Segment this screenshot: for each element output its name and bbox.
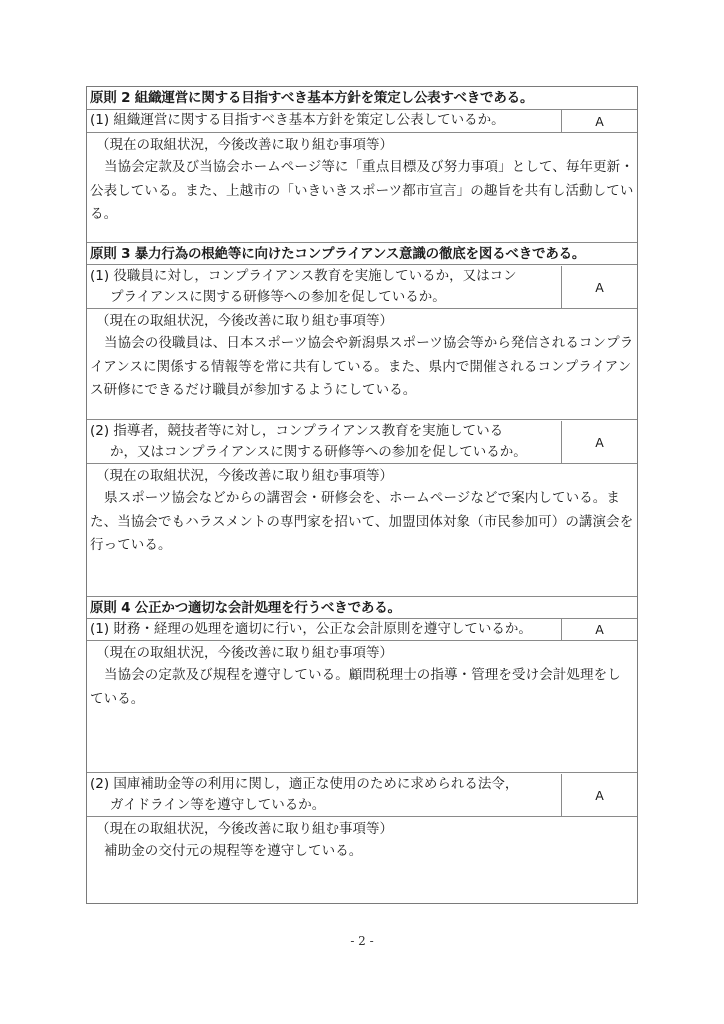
principle-2-item-1-question-row: (1) 組織運営に関する目指すべき基本方針を策定し公表しているか。 A [87, 109, 637, 132]
principle-4-item-1-question-row: (1) 財務・経理の処理を適切に行い，公正な会計原則を遵守しているか。 A [87, 618, 637, 640]
question-line-1: (1) 組織運営に関する目指すべき基本方針を策定し公表しているか。 [90, 110, 561, 131]
question-text: (2) 国庫補助金等の利用に関し，適正な使用のために求められる法令， ガイドライ… [87, 774, 562, 816]
principle-3-item-1-question-row: (1) 役職員に対し，コンプライアンス教育を実施しているか，又はコン プライアン… [87, 264, 637, 308]
status-text: 県スポーツ協会などからの講習会・研修会を、ホームページなどで案内している。また、… [90, 487, 634, 558]
principle-2-item-1-status: （現在の取組状況，今後改善に取り組む事項等） 当協会定款及び当協会ホームページ等… [87, 132, 637, 242]
principle-2-header: 原則 2 組織運営に関する目指すべき基本方針を策定し公表すべきである。 [87, 87, 637, 109]
principle-3-item-2-status: （現在の取組状況，今後改善に取り組む事項等） 県スポーツ協会などからの講習会・研… [87, 463, 637, 596]
page-number: - 2 - [0, 934, 724, 948]
status-label: （現在の取組状況，今後改善に取り組む事項等） [90, 311, 634, 332]
principle-3-header: 原則 3 暴力行為の根絶等に向けたコンプライアンス意識の徹底を図るべきである。 [87, 242, 637, 264]
question-line-1: (1) 財務・経理の処理を適切に行い，公正な会計原則を遵守しているか。 [90, 619, 561, 640]
question-line-1: (2) 国庫補助金等の利用に関し，適正な使用のために求められる法令， [90, 774, 561, 795]
grade-cell: A [562, 421, 637, 463]
question-text: (1) 財務・経理の処理を適切に行い，公正な会計原則を遵守しているか。 [87, 619, 562, 640]
principle-3-item-2-question-row: (2) 指導者，競技者等に対し，コンプライアンス教育を実施している か，又はコン… [87, 419, 637, 463]
question-line-1: (2) 指導者，競技者等に対し，コンプライアンス教育を実施している [90, 421, 561, 442]
grade-cell: A [562, 619, 637, 640]
principle-4-item-1-status: （現在の取組状況，今後改善に取り組む事項等） 当協会の定款及び規程を遵守している… [87, 640, 637, 772]
compliance-table: 原則 2 組織運営に関する目指すべき基本方針を策定し公表すべきである。 (1) … [86, 86, 638, 904]
question-text: (1) 組織運営に関する目指すべき基本方針を策定し公表しているか。 [87, 110, 562, 132]
status-text: 当協会の役職員は、日本スポーツ協会や新潟県スポーツ協会等から発信されるコンプライ… [90, 332, 634, 403]
question-line-1: (1) 役職員に対し，コンプライアンス教育を実施しているか，又はコン [90, 266, 561, 287]
grade-cell: A [562, 774, 637, 816]
question-text: (1) 役職員に対し，コンプライアンス教育を実施しているか，又はコン プライアン… [87, 266, 562, 308]
question-text: (2) 指導者，競技者等に対し，コンプライアンス教育を実施している か，又はコン… [87, 421, 562, 463]
status-label: （現在の取組状況，今後改善に取り組む事項等） [90, 819, 634, 840]
question-line-2: プライアンスに関する研修等への参加を促しているか。 [90, 287, 561, 308]
status-label: （現在の取組状況，今後改善に取り組む事項等） [90, 643, 634, 664]
status-label: （現在の取組状況，今後改善に取り組む事項等） [90, 135, 634, 156]
question-line-2: ガイドライン等を遵守しているか。 [90, 795, 561, 816]
status-text: 当協会の定款及び規程を遵守している。顧問税理士の指導・管理を受け会計処理をしてい… [90, 664, 634, 711]
principle-4-header: 原則 4 公正かつ適切な会計処理を行うべきである。 [87, 596, 637, 618]
status-label: （現在の取組状況，今後改善に取り組む事項等） [90, 466, 634, 487]
status-text: 当協会定款及び当協会ホームページ等に「重点目標及び努力事項」として、毎年更新・公… [90, 156, 634, 227]
grade-cell: A [562, 110, 637, 132]
principle-3-item-1-status: （現在の取組状況，今後改善に取り組む事項等） 当協会の役職員は、日本スポーツ協会… [87, 308, 637, 419]
status-text: 補助金の交付元の規程等を遵守している。 [90, 840, 634, 864]
principle-4-item-2-question-row: (2) 国庫補助金等の利用に関し，適正な使用のために求められる法令， ガイドライ… [87, 772, 637, 816]
grade-cell: A [562, 266, 637, 308]
principle-4-item-2-status: （現在の取組状況，今後改善に取り組む事項等） 補助金の交付元の規程等を遵守してい… [87, 816, 637, 903]
question-line-2: か，又はコンプライアンスに関する研修等への参加を促しているか。 [90, 442, 561, 463]
